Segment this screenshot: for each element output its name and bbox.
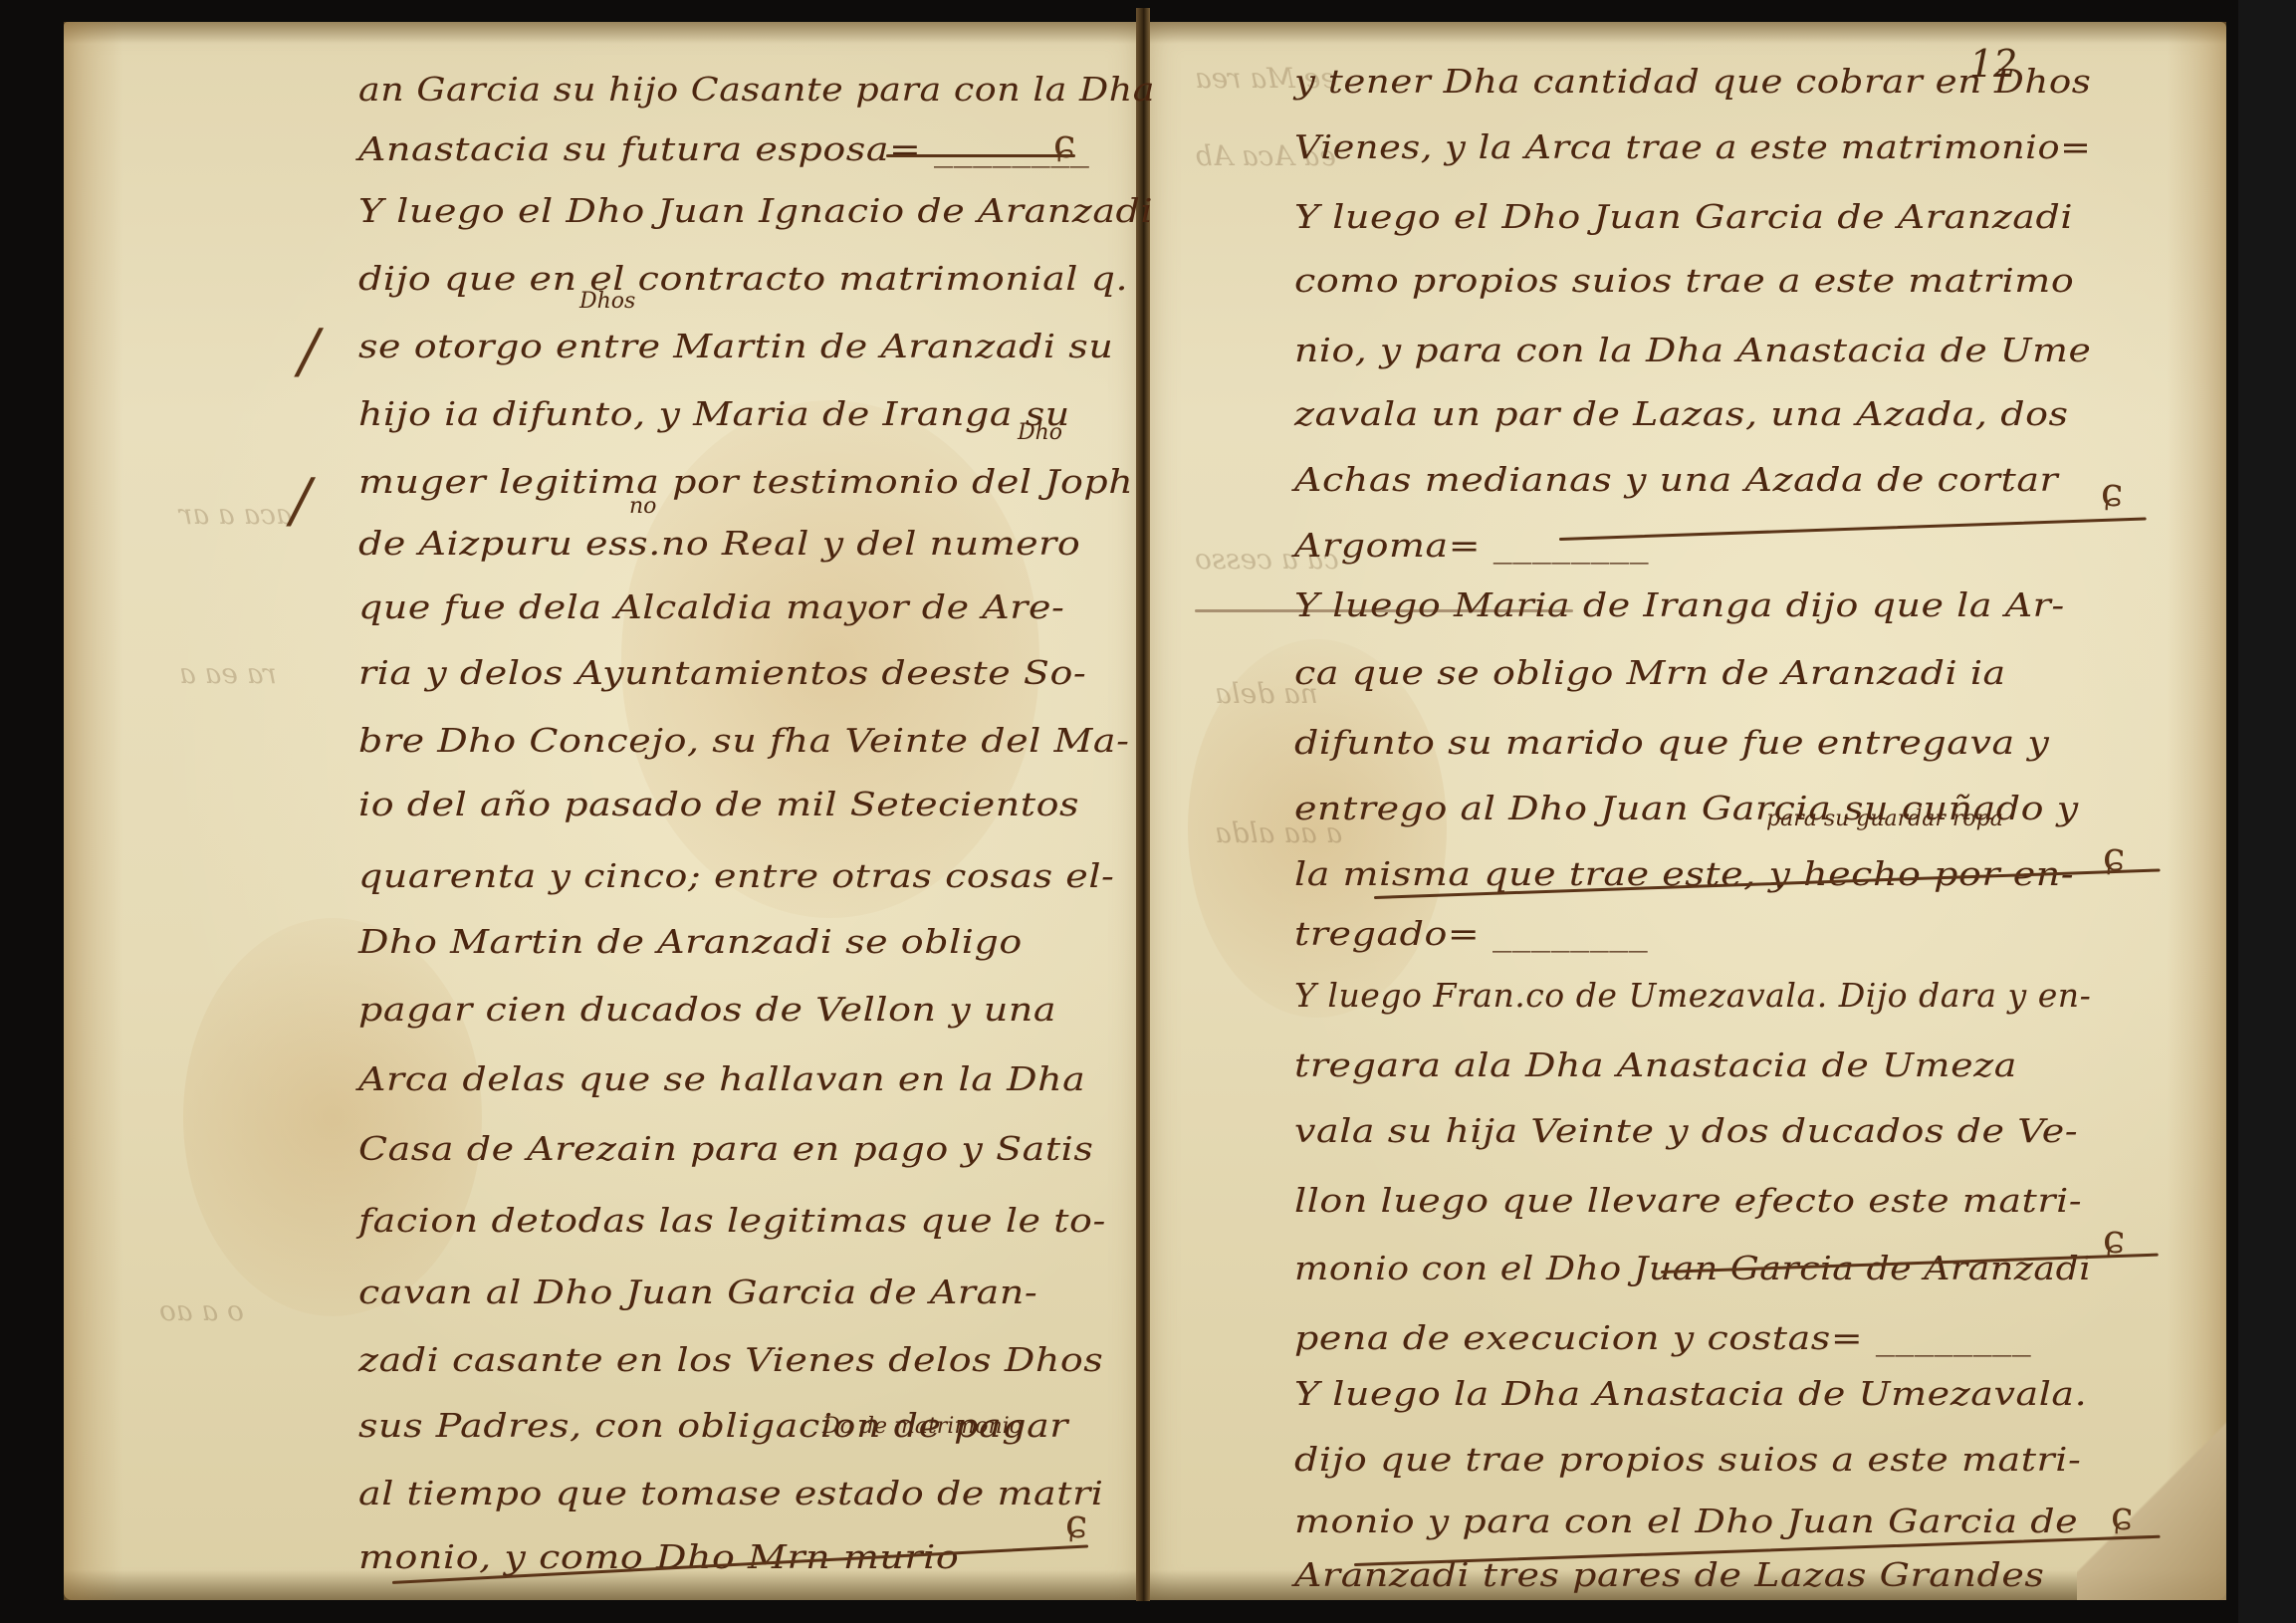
torn-top-edge	[1148, 22, 2226, 44]
manuscript-line: io del año pasado de mil Setecientos	[358, 785, 1079, 824]
bleed-through-text: o a ao	[159, 1294, 244, 1327]
interlinear-note: Do de matrimonio	[822, 1414, 1023, 1439]
manuscript-line: Achas medianas y una Azada de cortar	[1294, 460, 2058, 500]
manuscript-line: facion detodas las legitimas que le to-	[358, 1201, 1106, 1241]
rubric-flourish: ɕ	[2111, 1494, 2133, 1539]
manuscript-line: nio, y para con la Dha Anastacia de Ume	[1294, 331, 2091, 370]
manuscript-scan: ee Ma rea ea Aca Ab ca a cesso na dela a…	[0, 0, 2296, 1623]
manuscript-line: bre Dho Concejo, su fha Veinte del Ma-	[358, 721, 1130, 761]
interlinear-note: Dhos	[579, 289, 635, 314]
manuscript-line: Y luego Fran.co de Umezavala. Dijo dara …	[1294, 976, 2091, 1016]
manuscript-line: tregara ala Dha Anastacia de Umeza	[1294, 1045, 2017, 1085]
manuscript-line: an Garcia su hijo Casante para con la Dh…	[358, 70, 1155, 110]
interlinear-note: no	[629, 494, 656, 519]
line-filler-rule	[886, 154, 1075, 157]
manuscript-line: tregado= ________	[1294, 914, 1648, 954]
manuscript-line: que fue dela Alcaldia mayor de Are-	[358, 587, 1064, 627]
rubric-flourish: ɕ	[2101, 470, 2123, 516]
water-stain	[183, 918, 482, 1316]
manuscript-line: zavala un par de Lazas, una Azada, dos	[1294, 394, 2069, 434]
manuscript-line: se otorgo entre Martin de Aranzadi su	[358, 327, 1113, 366]
folded-corner	[2077, 1391, 2226, 1600]
scan-border-right	[2238, 0, 2296, 1623]
bleed-through-text: aca a ar	[179, 498, 293, 531]
interlinear-note: Dho	[1018, 420, 1062, 445]
manuscript-line: cavan al Dho Juan Garcia de Aran-	[358, 1273, 1037, 1312]
manuscript-line: Y luego la Dha Anastacia de Umezavala.	[1294, 1374, 2087, 1414]
manuscript-line: de Aizpuru ess.no Real y del numero	[358, 524, 1080, 564]
book-gutter	[1136, 8, 1150, 1601]
rubric-flourish: ɕ	[2103, 834, 2125, 880]
manuscript-line: Vienes, y la Arca trae a este matrimonio…	[1294, 127, 2091, 167]
manuscript-line: quarenta y cinco; entre otras cosas el-	[358, 856, 1114, 896]
manuscript-line: Casa de Arezain para en pago y Satis	[358, 1129, 1093, 1169]
manuscript-line: vala su hija Veinte y dos ducados de Ve-	[1294, 1111, 2078, 1151]
edge-stain	[64, 22, 123, 1600]
manuscript-line: llon luego que llevare efecto este matri…	[1294, 1181, 2082, 1221]
manuscript-line: Y luego el Dho Juan Garcia de Aranzadi	[1294, 197, 2073, 237]
manuscript-line: pena de execucion y costas= ________	[1294, 1318, 2031, 1358]
rubric-flourish: ɕ	[2103, 1217, 2125, 1263]
manuscript-line: Anastacia su futura esposa= ________	[358, 129, 1089, 169]
manuscript-line: Arca delas que se hallavan en la Dha	[358, 1059, 1085, 1099]
torn-top-edge	[64, 22, 1141, 44]
manuscript-line: Argoma= ________	[1294, 526, 1649, 566]
bleed-through-rule	[1195, 609, 1573, 612]
bleed-through-text: ra ea a	[179, 657, 277, 690]
manuscript-line: y tener Dha cantidad que cobrar en Dhos	[1294, 62, 2091, 102]
manuscript-line: Dho Martin de Aranzadi se obligo	[358, 922, 1023, 962]
manuscript-line: pagar cien ducados de Vellon y una	[358, 990, 1056, 1030]
manuscript-line: Y luego Maria de Iranga dijo que la Ar-	[1294, 585, 2065, 625]
manuscript-line: como propios suios trae a este matrimo	[1294, 261, 2074, 301]
manuscript-line: hijo ia difunto, y Maria de Iranga su	[358, 394, 1070, 434]
manuscript-line: zadi casante en los Vienes delos Dhos	[358, 1340, 1103, 1380]
manuscript-line: dijo que en el contracto matrimonial q.	[358, 259, 1128, 299]
margin-slash-mark: /	[291, 466, 311, 536]
manuscript-line: Y luego el Dho Juan Ignacio de Aranzadi	[358, 191, 1153, 231]
manuscript-line: difunto su marido que fue entregava y	[1294, 723, 2049, 763]
edge-stain	[2167, 22, 2226, 1600]
manuscript-line: monio y para con el Dho Juan Garcia de	[1294, 1502, 2078, 1541]
interlinear-note: para su guardar ropa	[1766, 807, 2003, 831]
manuscript-line: muger legitima por testimonio del Joph	[358, 462, 1133, 502]
rubric-flourish: ɕ	[1053, 121, 1075, 167]
manuscript-line: dijo que trae propios suios a este matri…	[1294, 1440, 2081, 1480]
margin-slash-mark: /	[299, 317, 319, 386]
rubric-flourish: ɕ	[1065, 1502, 1087, 1547]
manuscript-line: ca que se obligo Mrn de Aranzadi ia	[1294, 653, 2006, 693]
manuscript-line: al tiempo que tomase estado de matri	[358, 1474, 1104, 1513]
manuscript-line: ria y delos Ayuntamientos deeste So-	[358, 653, 1086, 693]
